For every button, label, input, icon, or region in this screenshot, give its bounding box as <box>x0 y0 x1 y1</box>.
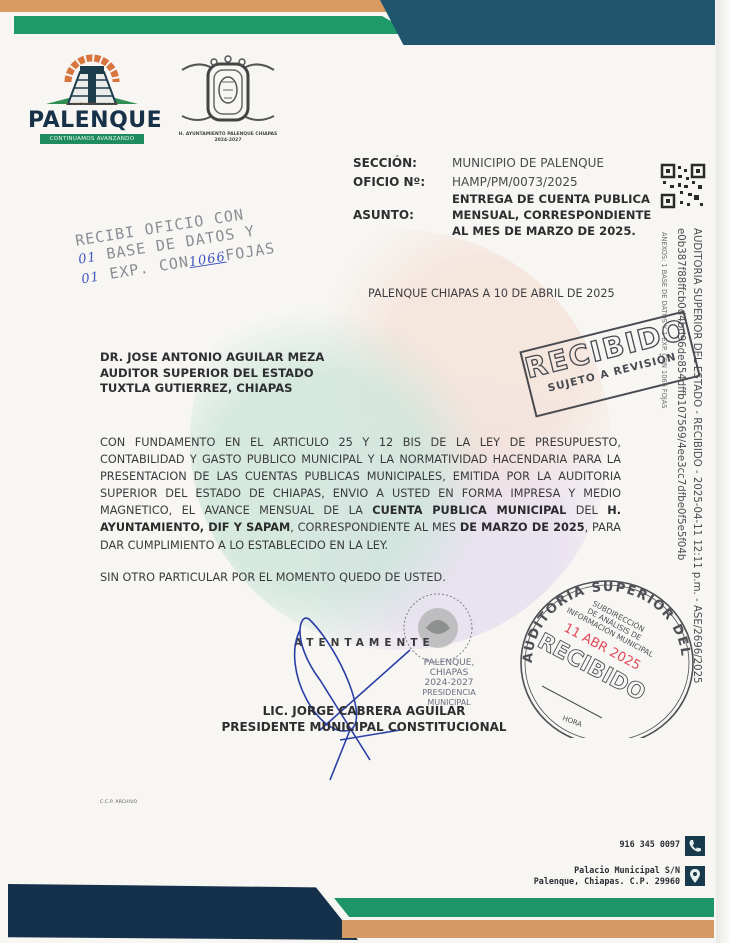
oficio-value: HAMP/PM/0073/2025 <box>452 175 578 190</box>
signer-name: LIC. JORGE CABRERA AGUILAR <box>214 703 514 719</box>
body-bold-period: DE MARZO DE 2025 <box>460 521 585 534</box>
addressee-title: AUDITOR SUPERIOR DEL ESTADO <box>100 366 324 382</box>
footer-phone: 916 345 0097 <box>619 839 680 849</box>
footer-orange-band <box>342 920 714 938</box>
ccp-archive: C.C.P. ARCHIVO <box>100 800 137 805</box>
addressee-location: TUXTLA GUTIERREZ, CHIAPAS <box>100 381 324 397</box>
body-bold-cuenta-publica: CUENTA PUBLICA MUNICIPAL <box>372 504 566 517</box>
logo-small-caption: H. AYUNTAMIENTO 2024-2027 <box>48 102 136 106</box>
asunto-label: ASUNTO: <box>353 208 414 223</box>
footer-address-line2: Palenque, Chiapas. C.P. 29960 <box>534 876 680 887</box>
signer-block: LIC. JORGE CABRERA AGUILAR PRESIDENTE MU… <box>214 703 514 735</box>
asunto-line-1: ENTREGA DE CUENTA PUBLICA <box>452 192 650 207</box>
body-text-2: DEL <box>566 504 607 517</box>
crest-caption: H. AYUNTAMIENTO PALENQUE CHIAPAS 2024-20… <box>178 132 278 144</box>
signer-title: PRESIDENTE MUNICIPAL CONSTITUCIONAL <box>214 719 514 735</box>
phone-icon <box>685 836 705 856</box>
logo-tagline: CONTINUAMOS AVANZANDO <box>40 134 144 144</box>
header-green-band <box>14 16 414 34</box>
recibido-sujeto-revision-stamp: RECIBIDO SUJETO A REVISIÓN <box>519 310 700 417</box>
document-page: H. AYUNTAMIENTO 2024-2027 PALENQUE CONTI… <box>0 0 716 943</box>
oficio-label: OFICIO Nº: <box>353 175 425 190</box>
page-edge <box>716 0 730 943</box>
received-note-count-1: 01 <box>77 250 98 268</box>
received-note-stamp: RECIBI OFICIO CON 01 BASE DE DATOS Y 01 … <box>74 199 290 289</box>
footer-address-line1: Palacio Municipal S/N <box>534 865 680 876</box>
header-orange-band <box>0 0 430 12</box>
footer-address: Palacio Municipal S/N Palenque, Chiapas.… <box>534 865 680 887</box>
seccion-label: SECCIÓN: <box>353 156 417 171</box>
asunto-line-3: AL MES DE MARZO DE 2025. <box>452 224 636 239</box>
received-note-fojas-count: 1066 <box>188 250 227 271</box>
map-pin-icon <box>685 866 705 886</box>
crest-emblem-icon <box>178 54 278 130</box>
footer-navy-band <box>8 884 358 940</box>
addressee-name: DR. JOSE ANTONIO AGUILAR MEZA <box>100 350 324 366</box>
handwritten-signature <box>280 610 480 790</box>
body-text-3: , CORRESPONDIENTE AL MES <box>290 521 460 534</box>
round-stamp-hora: HORA <box>561 714 583 728</box>
audit-vertical-annexes: ANEXOS: 1 BASE DE DATOS Y 1 EXP. CON 106… <box>660 232 668 408</box>
asunto-line-2: MENSUAL, CORRESPONDIENTE <box>452 208 651 223</box>
palenque-logo: H. AYUNTAMIENTO 2024-2027 PALENQUE CONTI… <box>28 52 156 148</box>
municipal-crest: H. AYUNTAMIENTO PALENQUE CHIAPAS 2024-20… <box>178 54 278 150</box>
logo-wordmark: PALENQUE <box>28 108 156 133</box>
document-date: PALENQUE CHIAPAS A 10 DE ABRIL DE 2025 <box>368 287 615 300</box>
footer-green-band <box>334 898 714 917</box>
qr-code-icon <box>660 163 706 209</box>
crest-caption-line2: 2024-2027 <box>178 138 278 144</box>
closing-line: SIN OTRO PARTICULAR POR EL MOMENTO QUEDO… <box>100 571 446 584</box>
audit-vertical-hash: e0b387f88ffcb0d4bd96de854dffb107569/4ee3… <box>675 228 686 560</box>
letter-body: CON FUNDAMENTO EN EL ARTICULO 25 Y 12 BI… <box>100 434 621 554</box>
addressee-block: DR. JOSE ANTONIO AGUILAR MEZA AUDITOR SU… <box>100 350 324 397</box>
seccion-value: MUNICIPIO DE PALENQUE <box>452 156 604 171</box>
audit-vertical-line1: AUDITORIA SUPERIOR DEL ESTADO - RECIBIDO… <box>691 228 702 684</box>
header-blue-band <box>380 0 715 45</box>
ase-received-round-stamp: AUDITORIA SUPERIOR DEL ESTADO DE CHIAPAS… <box>512 568 702 738</box>
received-note-count-2: 01 <box>80 270 101 288</box>
